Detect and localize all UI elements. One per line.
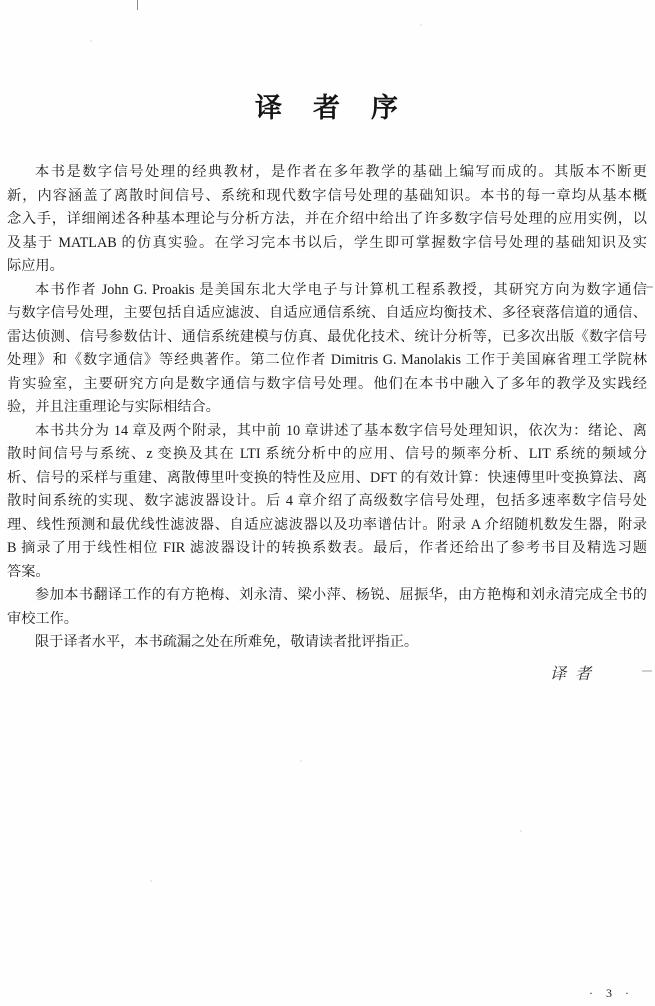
text-line: 肯实验室，主要研究方向是数字通信与数字信号处理。他们在本书中融入了多年的教学及实… xyxy=(7,373,647,397)
scan-speck xyxy=(520,830,522,832)
text-line: 念入手，详细阐述各种基本理论与分析方法，并在介绍中给出了许多数字信号处理的应用实… xyxy=(7,208,647,232)
scan-speck xyxy=(300,760,302,762)
text-line: 际应用。 xyxy=(7,255,647,279)
scan-artifact-dash xyxy=(646,286,653,288)
page-title: 译 者 序 xyxy=(0,0,655,123)
text-line: 验，并且注重理论与实际相结合。 xyxy=(7,396,647,420)
text-line: 本书共分为 14 章及两个附录，其中前 10 章讲述了基本数字信号处理知识，依次… xyxy=(7,420,647,444)
text-line: 及基于 MATLAB 的仿真实验。在学习完本书以后，学生即可掌握数字信号处理的基… xyxy=(7,232,647,256)
translator-signature: 译者 xyxy=(0,666,655,684)
scan-artifact-dash xyxy=(642,670,652,672)
text-line: B 摘录了用于线性相位 FIR 滤波器设计的转换系数表。最后，作者还给出了参考书… xyxy=(7,537,647,561)
text-line: 新，内容涵盖了离散时间信号、系统和现代数字信号处理的基础知识。本书的每一章均从基… xyxy=(7,185,647,209)
text-line: 散时间系统的实现、数字滤波器设计。后 4 章介绍了高级数字信号处理，包括多速率数… xyxy=(7,490,647,514)
text-line: 参加本书翻译工作的有方艳梅、刘永清、梁小萍、杨锐、屈振华，由方艳梅和刘永清完成全… xyxy=(7,584,647,608)
text-line: 雷达侦测、信号参数估计、通信系统建模与仿真、最优化技术、统计分析等，已多次出版《… xyxy=(7,326,647,350)
text-line: 处理》和《数字通信》等经典著作。第二位作者 Dimitris G. Manola… xyxy=(7,349,647,373)
text-line: 本书作者 John G. Proakis 是美国东北大学电子与计算机工程系教授，… xyxy=(7,279,647,303)
scanned-book-page: 译 者 序 本书是数字信号处理的经典教材，是作者在多年教学的基础上编写而成的。其… xyxy=(0,0,655,1006)
scan-speck xyxy=(150,880,152,882)
scan-speck xyxy=(90,40,92,42)
text-line: 本书是数字信号处理的经典教材，是作者在多年教学的基础上编写而成的。其版本不断更 xyxy=(7,161,647,185)
scan-artifact-tick xyxy=(137,0,138,10)
text-line: 理、线性预测和最优线性滤波器、自适应滤波器以及功率谱估计。附录 A 介绍随机数发… xyxy=(7,514,647,538)
page-number: · 3 · xyxy=(589,986,634,1001)
text-line: 散时间信号与系统、z 变换及其在 LTI 系统分析中的应用、信号的频率分析、LI… xyxy=(7,443,647,467)
text-line: 审校工作。 xyxy=(7,608,647,632)
text-line: 析、信号的采样与重建、离散傅里叶变换的特性及应用、DFT 的有效计算：快速傅里叶… xyxy=(7,467,647,491)
page-body: 本书是数字信号处理的经典教材，是作者在多年教学的基础上编写而成的。其版本不断更新… xyxy=(0,161,655,655)
text-line: 限于译者水平，本书疏漏之处在所难免，敬请读者批评指正。 xyxy=(7,631,647,655)
text-line: 答案。 xyxy=(7,561,647,585)
text-line: 与数字信号处理，主要包括自适应滤波、自适应通信系统、自适应均衡技术、多径衰落信道… xyxy=(7,302,647,326)
scan-speck xyxy=(420,24,422,26)
